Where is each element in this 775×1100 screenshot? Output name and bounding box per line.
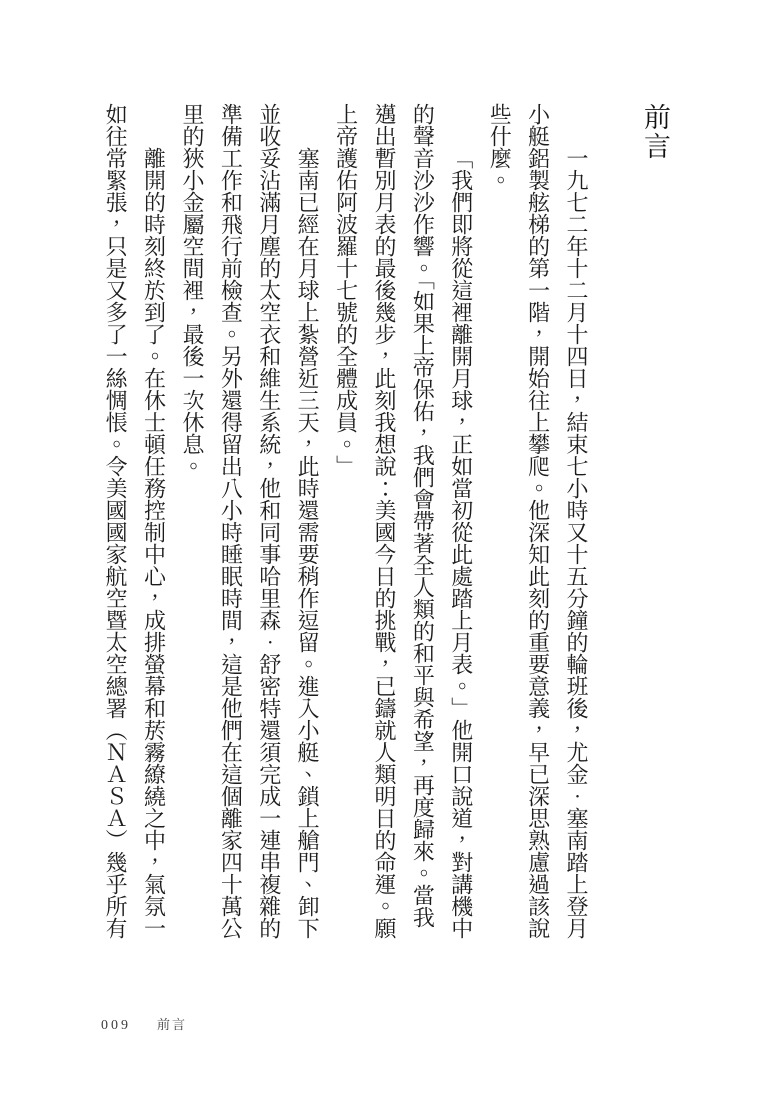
- footer-page-number: 009: [101, 1018, 131, 1034]
- body-text: 一九七二年十二月十四日，結束七小時又十五分鐘的輪班後，尤金．塞南踏上登月小艇鋁製…: [96, 103, 595, 941]
- paragraph: 離開的時刻終於到了。在休士頓任務控制中心，成排螢幕和菸霧繚繞之中，氣氛一如往常緊…: [96, 103, 173, 941]
- page-title: 前言: [641, 103, 668, 941]
- book-page: 前言 一九七二年十二月十四日，結束七小時又十五分鐘的輪班後，尤金．塞南踏上登月小…: [0, 0, 775, 1100]
- paragraph: 一九七二年十二月十四日，結束七小時又十五分鐘的輪班後，尤金．塞南踏上登月小艇鋁製…: [480, 103, 595, 941]
- vertical-text-block: 前言 一九七二年十二月十四日，結束七小時又十五分鐘的輪班後，尤金．塞南踏上登月小…: [96, 103, 668, 941]
- paragraph: 「我們即將從這裡離開月球，正如當初從此處踏上月表。」他開口說道，對講機中的聲音沙…: [326, 103, 480, 941]
- page-footer: 009 前言: [101, 1014, 187, 1034]
- paragraph: 塞南已經在月球上紮營近三天，此時還需要稍作逗留。進入小艇、鎖上艙門、卸下並收妥沾…: [173, 103, 327, 941]
- footer-section-label: 前言: [157, 1014, 187, 1033]
